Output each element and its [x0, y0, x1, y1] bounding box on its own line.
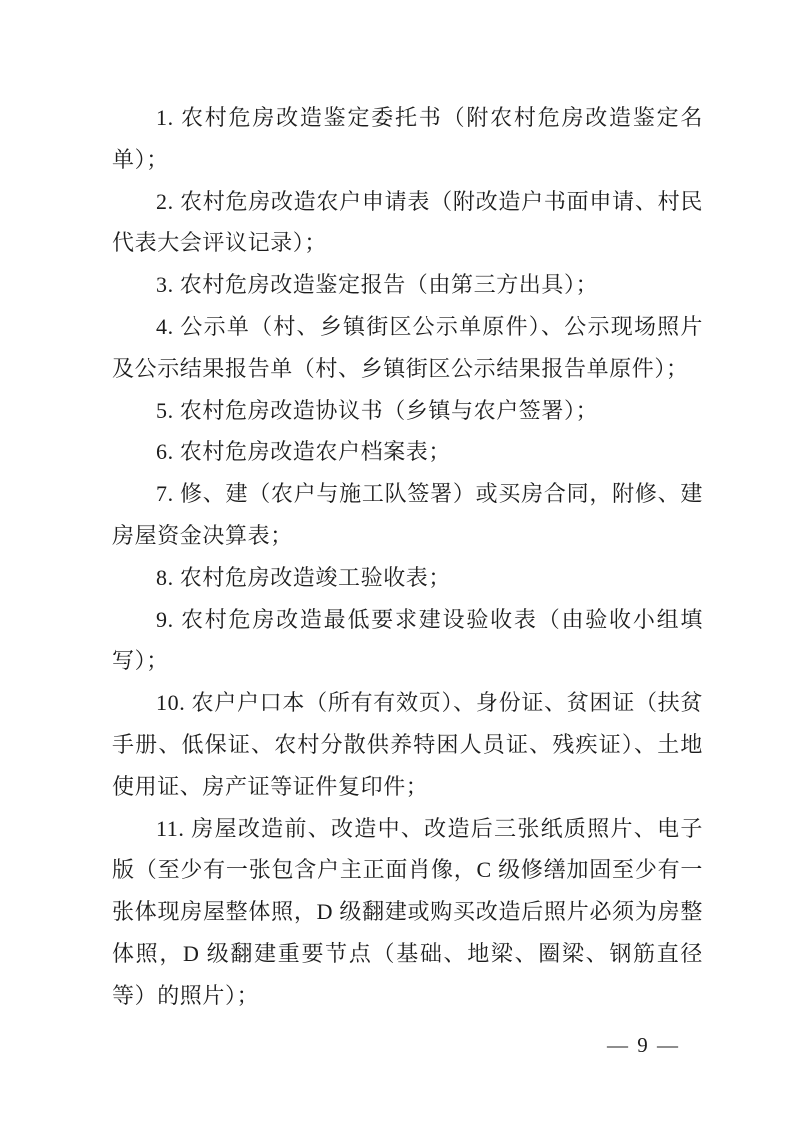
list-item: 6. 农村危房改造农户档案表；	[112, 431, 703, 473]
document-page: 1. 农村危房改造鉴定委托书（附农村危房改造鉴定名单）； 2. 农村危房改造农户…	[0, 0, 800, 1130]
list-item: 2. 农村危房改造农户申请表（附改造户书面申请、村民代表大会评议记录）；	[112, 181, 703, 265]
list-item: 10. 农户户口本（所有有效页）、身份证、贫困证（扶贫手册、低保证、农村分散供养…	[112, 682, 703, 807]
list-item: 8. 农村危房改造竣工验收表；	[112, 557, 703, 599]
list-item: 5. 农村危房改造协议书（乡镇与农户签署）；	[112, 390, 703, 432]
list-item: 11. 房屋改造前、改造中、改造后三张纸质照片、电子版（至少有一张包含户主正面肖…	[112, 808, 703, 1017]
document-body: 1. 农村危房改造鉴定委托书（附农村危房改造鉴定名单）； 2. 农村危房改造农户…	[112, 97, 703, 1017]
list-item: 1. 农村危房改造鉴定委托书（附农村危房改造鉴定名单）；	[112, 97, 703, 181]
list-item: 4. 公示单（村、乡镇街区公示单原件）、公示现场照片及公示结果报告单（村、乡镇街…	[112, 306, 703, 390]
list-item: 9. 农村危房改造最低要求建设验收表（由验收小组填写）；	[112, 599, 703, 683]
list-item: 3. 农村危房改造鉴定报告（由第三方出具）；	[112, 264, 703, 306]
page-number: — 9 —	[0, 1032, 680, 1058]
list-item: 7. 修、建（农户与施工队签署）或买房合同，附修、建房屋资金决算表；	[112, 473, 703, 557]
